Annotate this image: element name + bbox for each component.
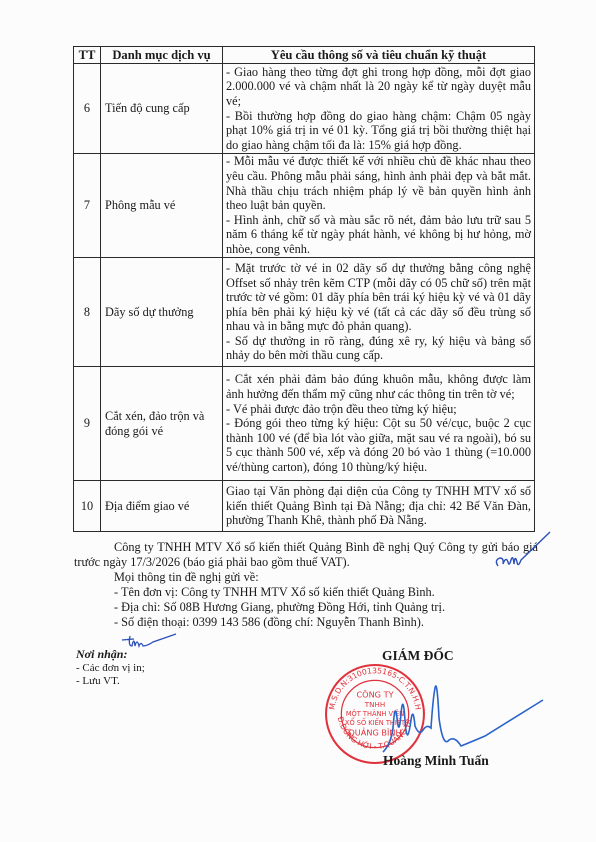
row-number: 7 bbox=[74, 154, 101, 258]
contact-intro: Mọi thông tin đề nghị gửi về: bbox=[114, 570, 259, 585]
table-row: 8Dãy số dự thưởng- Mặt trước tờ vé in 02… bbox=[74, 258, 535, 367]
requirements-cell: - Giao hàng theo từng đợt ghi trong hợp … bbox=[223, 64, 535, 154]
requirement-item: - Bồi thường hợp đồng do giao hàng chậm:… bbox=[226, 109, 531, 153]
signatory-name: Hoàng Minh Tuấn bbox=[383, 753, 489, 769]
signatory-position: GIÁM ĐỐC bbox=[382, 648, 454, 664]
service-name: Tiến độ cung cấp bbox=[101, 64, 223, 154]
requirements-cell: - Mặt trước tờ vé in 02 dãy số dự thưởng… bbox=[223, 258, 535, 367]
header-requirements: Yêu cầu thông số và tiêu chuẩn kỹ thuật bbox=[223, 47, 535, 64]
requirements-cell: - Cắt xén phải đảm bảo đúng khuôn mẫu, k… bbox=[223, 367, 535, 481]
requirement-item: - Cắt xén phải đảm bảo đúng khuôn mẫu, k… bbox=[226, 372, 531, 401]
service-name: Phông mẫu vé bbox=[101, 154, 223, 258]
requirement-item: - Đóng gói theo từng ký hiệu: Cột su 50 … bbox=[226, 416, 531, 474]
table-row: 10Địa điểm giao véGiao tại Văn phòng đại… bbox=[74, 481, 535, 532]
service-name: Địa điểm giao vé bbox=[101, 481, 223, 532]
initials-signature bbox=[488, 528, 558, 578]
recipient-item: - Lưu VT. bbox=[76, 675, 145, 689]
table-row: 9Cắt xén, đảo trộn và đóng gói vé- Cắt x… bbox=[74, 367, 535, 481]
requirement-item: - Giao hàng theo từng đợt ghi trong hợp … bbox=[226, 65, 531, 109]
requirement-item: - Vé phải được đảo trộn đều theo từng ký… bbox=[226, 402, 531, 417]
header-service: Danh mục dịch vụ bbox=[101, 47, 223, 64]
header-tt: TT bbox=[74, 47, 101, 64]
recipient-item: - Các đơn vị in; bbox=[76, 662, 145, 676]
contact-address: - Địa chỉ: Số 08B Hương Giang, phường Đồ… bbox=[114, 600, 445, 615]
requirement-item: - Mỗi mẫu vé được thiết kế với nhiều chủ… bbox=[226, 154, 531, 212]
requirements-cell: Giao tại Văn phòng đại diện của Công ty … bbox=[223, 481, 535, 532]
requirement-item: - Mặt trước tờ vé in 02 dãy số dự thưởng… bbox=[226, 261, 531, 334]
requirement-item: Giao tại Văn phòng đại diện của Công ty … bbox=[226, 484, 531, 528]
recipients-initials bbox=[120, 632, 180, 656]
director-signature bbox=[375, 680, 545, 760]
table-header-row: TT Danh mục dịch vụ Yêu cầu thông số và … bbox=[74, 47, 535, 64]
document-page: TT Danh mục dịch vụ Yêu cầu thông số và … bbox=[0, 0, 596, 842]
specification-table: TT Danh mục dịch vụ Yêu cầu thông số và … bbox=[73, 46, 535, 532]
row-number: 6 bbox=[74, 64, 101, 154]
row-number: 9 bbox=[74, 367, 101, 481]
requirements-cell: - Mỗi mẫu vé được thiết kế với nhiều chủ… bbox=[223, 154, 535, 258]
table-row: 7Phông mẫu vé- Mỗi mẫu vé được thiết kế … bbox=[74, 154, 535, 258]
row-number: 10 bbox=[74, 481, 101, 532]
requirement-item: - Số dự thưởng in rõ ràng, đúng xê ry, k… bbox=[226, 334, 531, 363]
service-name: Cắt xén, đảo trộn và đóng gói vé bbox=[101, 367, 223, 481]
contact-unit: - Tên đơn vị: Công ty TNHH MTV Xổ số kiế… bbox=[114, 585, 435, 600]
service-name: Dãy số dự thưởng bbox=[101, 258, 223, 367]
table-row: 6Tiến độ cung cấp- Giao hàng theo từng đ… bbox=[74, 64, 535, 154]
requirement-item: - Hình ảnh, chữ số và màu sắc rõ nét, đả… bbox=[226, 213, 531, 257]
contact-phone: - Số điện thoại: 0399 143 586 (đồng chí:… bbox=[114, 615, 424, 630]
request-paragraph: Công ty TNHH MTV Xổ số kiến thiết Quảng … bbox=[74, 540, 538, 570]
row-number: 8 bbox=[74, 258, 101, 367]
